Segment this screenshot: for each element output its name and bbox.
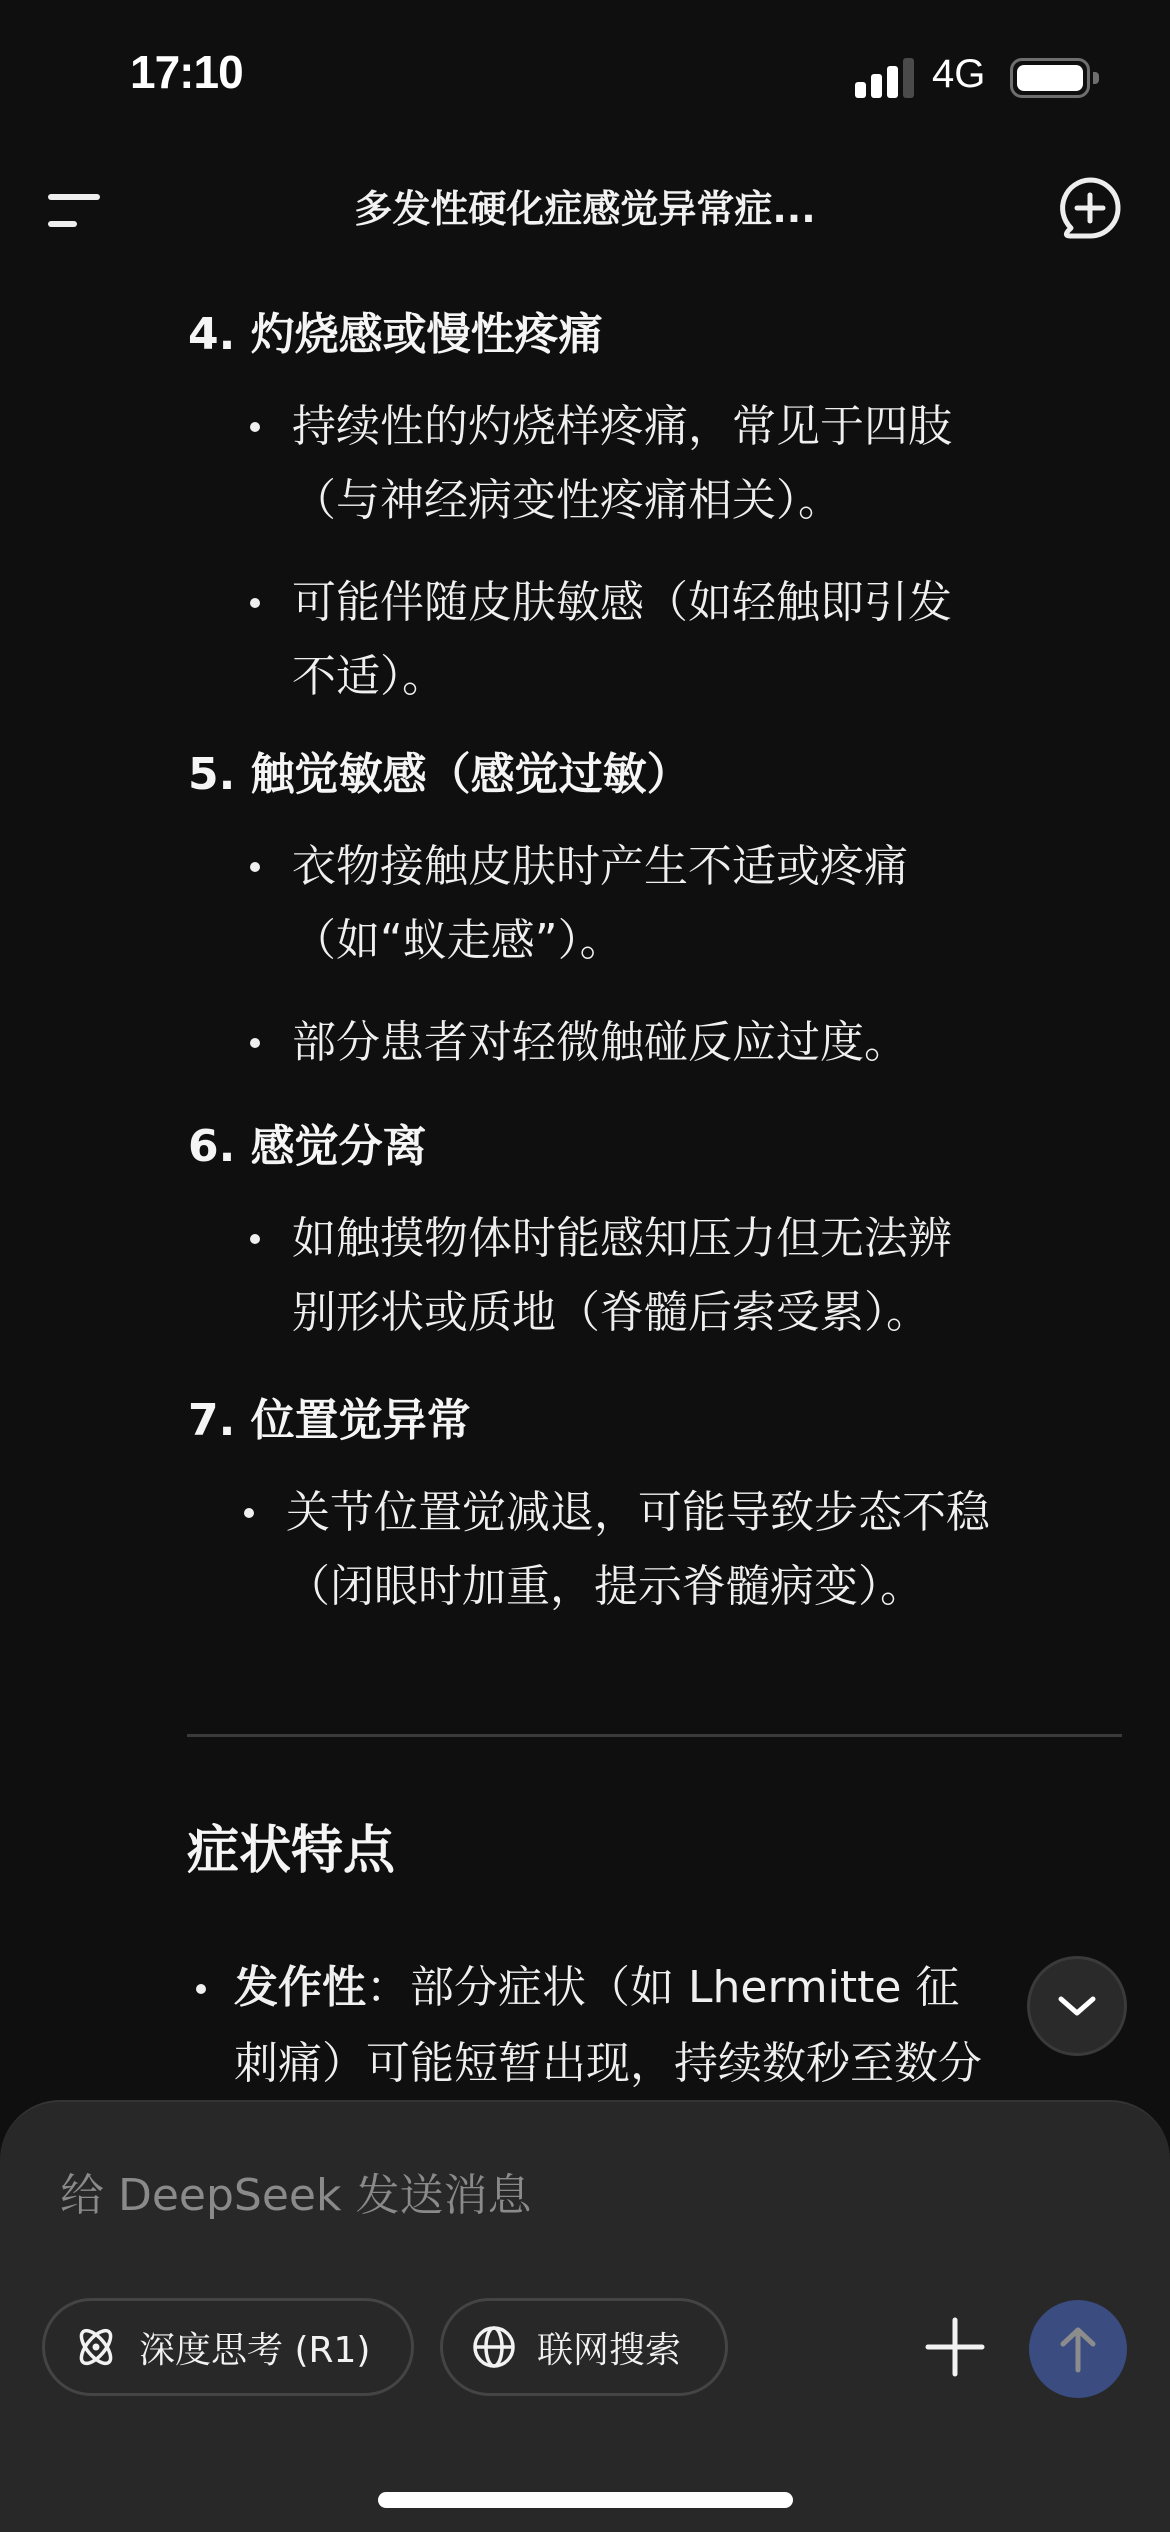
list-item: 持续性的灼烧样疼痛，常见于四肢 （与神经病变性疼痛相关）。 bbox=[250, 390, 1130, 538]
bullet-icon bbox=[250, 862, 260, 872]
deep-think-toggle[interactable]: 深度思考 (R1) bbox=[42, 2298, 414, 2396]
web-search-toggle[interactable]: 联网搜索 bbox=[440, 2298, 728, 2396]
sidebar-menu-button[interactable] bbox=[44, 180, 104, 226]
new-chat-button[interactable] bbox=[1052, 170, 1128, 246]
list-heading: 6. 感觉分离 bbox=[188, 1110, 427, 1174]
list-item: 部分患者对轻微触碰反应过度。 bbox=[250, 1006, 1130, 1080]
home-indicator[interactable] bbox=[378, 2492, 793, 2508]
list-item: 可能伴随皮肤敏感（如轻触即引发 不适）。 bbox=[250, 566, 1130, 714]
bullet-icon bbox=[250, 1234, 260, 1244]
top-nav-bar: 多发性硬化症感觉异常症... bbox=[0, 150, 1170, 260]
battery-icon bbox=[1010, 58, 1090, 98]
list-item: 关节位置觉减退，可能导致步态不稳 （闭眼时加重，提示脊髓病变）。 bbox=[244, 1476, 1124, 1624]
list-heading: 4. 灼烧感或慢性疼痛 bbox=[188, 298, 603, 362]
bullet-icon bbox=[250, 422, 260, 432]
bullet-icon bbox=[196, 1984, 206, 1994]
list-heading: 5. 触觉敏感（感觉过敏） bbox=[188, 738, 691, 802]
list-item: 衣物接触皮肤时产生不适或疼痛 （如“蚁走感”）。 bbox=[250, 830, 1130, 978]
conversation-title[interactable]: 多发性硬化症感觉异常症... bbox=[200, 178, 970, 233]
arrow-up-icon bbox=[1053, 2322, 1103, 2376]
deep-think-label: 深度思考 (R1) bbox=[139, 2322, 370, 2373]
section-divider bbox=[187, 1734, 1122, 1737]
atom-icon bbox=[73, 2324, 119, 2370]
bullet-icon bbox=[250, 598, 260, 608]
chevron-down-icon bbox=[1055, 1991, 1099, 2021]
status-bar: 17:10 4G bbox=[0, 0, 1170, 150]
web-search-label: 联网搜索 bbox=[537, 2322, 681, 2373]
list-item: 发作性：部分症状（如 Lhermitte 征 刺痛）可能短暂出现，持续数秒至数分 bbox=[196, 1950, 1126, 2100]
attach-button[interactable] bbox=[920, 2312, 990, 2382]
scroll-to-bottom-button[interactable] bbox=[1027, 1956, 1127, 2056]
section-heading: 症状特点 bbox=[187, 1808, 395, 1883]
list-item: 如触摸物体时能感知压力但无法辨 别形状或质地（脊髓后索受累）。 bbox=[250, 1202, 1130, 1350]
new-chat-icon bbox=[1052, 170, 1128, 246]
plus-icon bbox=[920, 2312, 990, 2382]
list-heading: 7. 位置觉异常 bbox=[188, 1384, 471, 1448]
status-time: 17:10 bbox=[130, 45, 243, 99]
chat-message-area[interactable]: 4. 灼烧感或慢性疼痛 持续性的灼烧样疼痛，常见于四肢 （与神经病变性疼痛相关）… bbox=[0, 260, 1170, 2100]
message-input[interactable] bbox=[60, 2160, 960, 2230]
send-button[interactable] bbox=[1029, 2300, 1127, 2398]
bullet-icon bbox=[250, 1038, 260, 1048]
bullet-icon bbox=[244, 1508, 254, 1518]
network-type: 4G bbox=[932, 52, 985, 97]
globe-icon bbox=[471, 2324, 517, 2370]
message-composer: 深度思考 (R1) 联网搜索 bbox=[0, 2100, 1170, 2532]
cellular-signal-icon bbox=[855, 58, 915, 98]
